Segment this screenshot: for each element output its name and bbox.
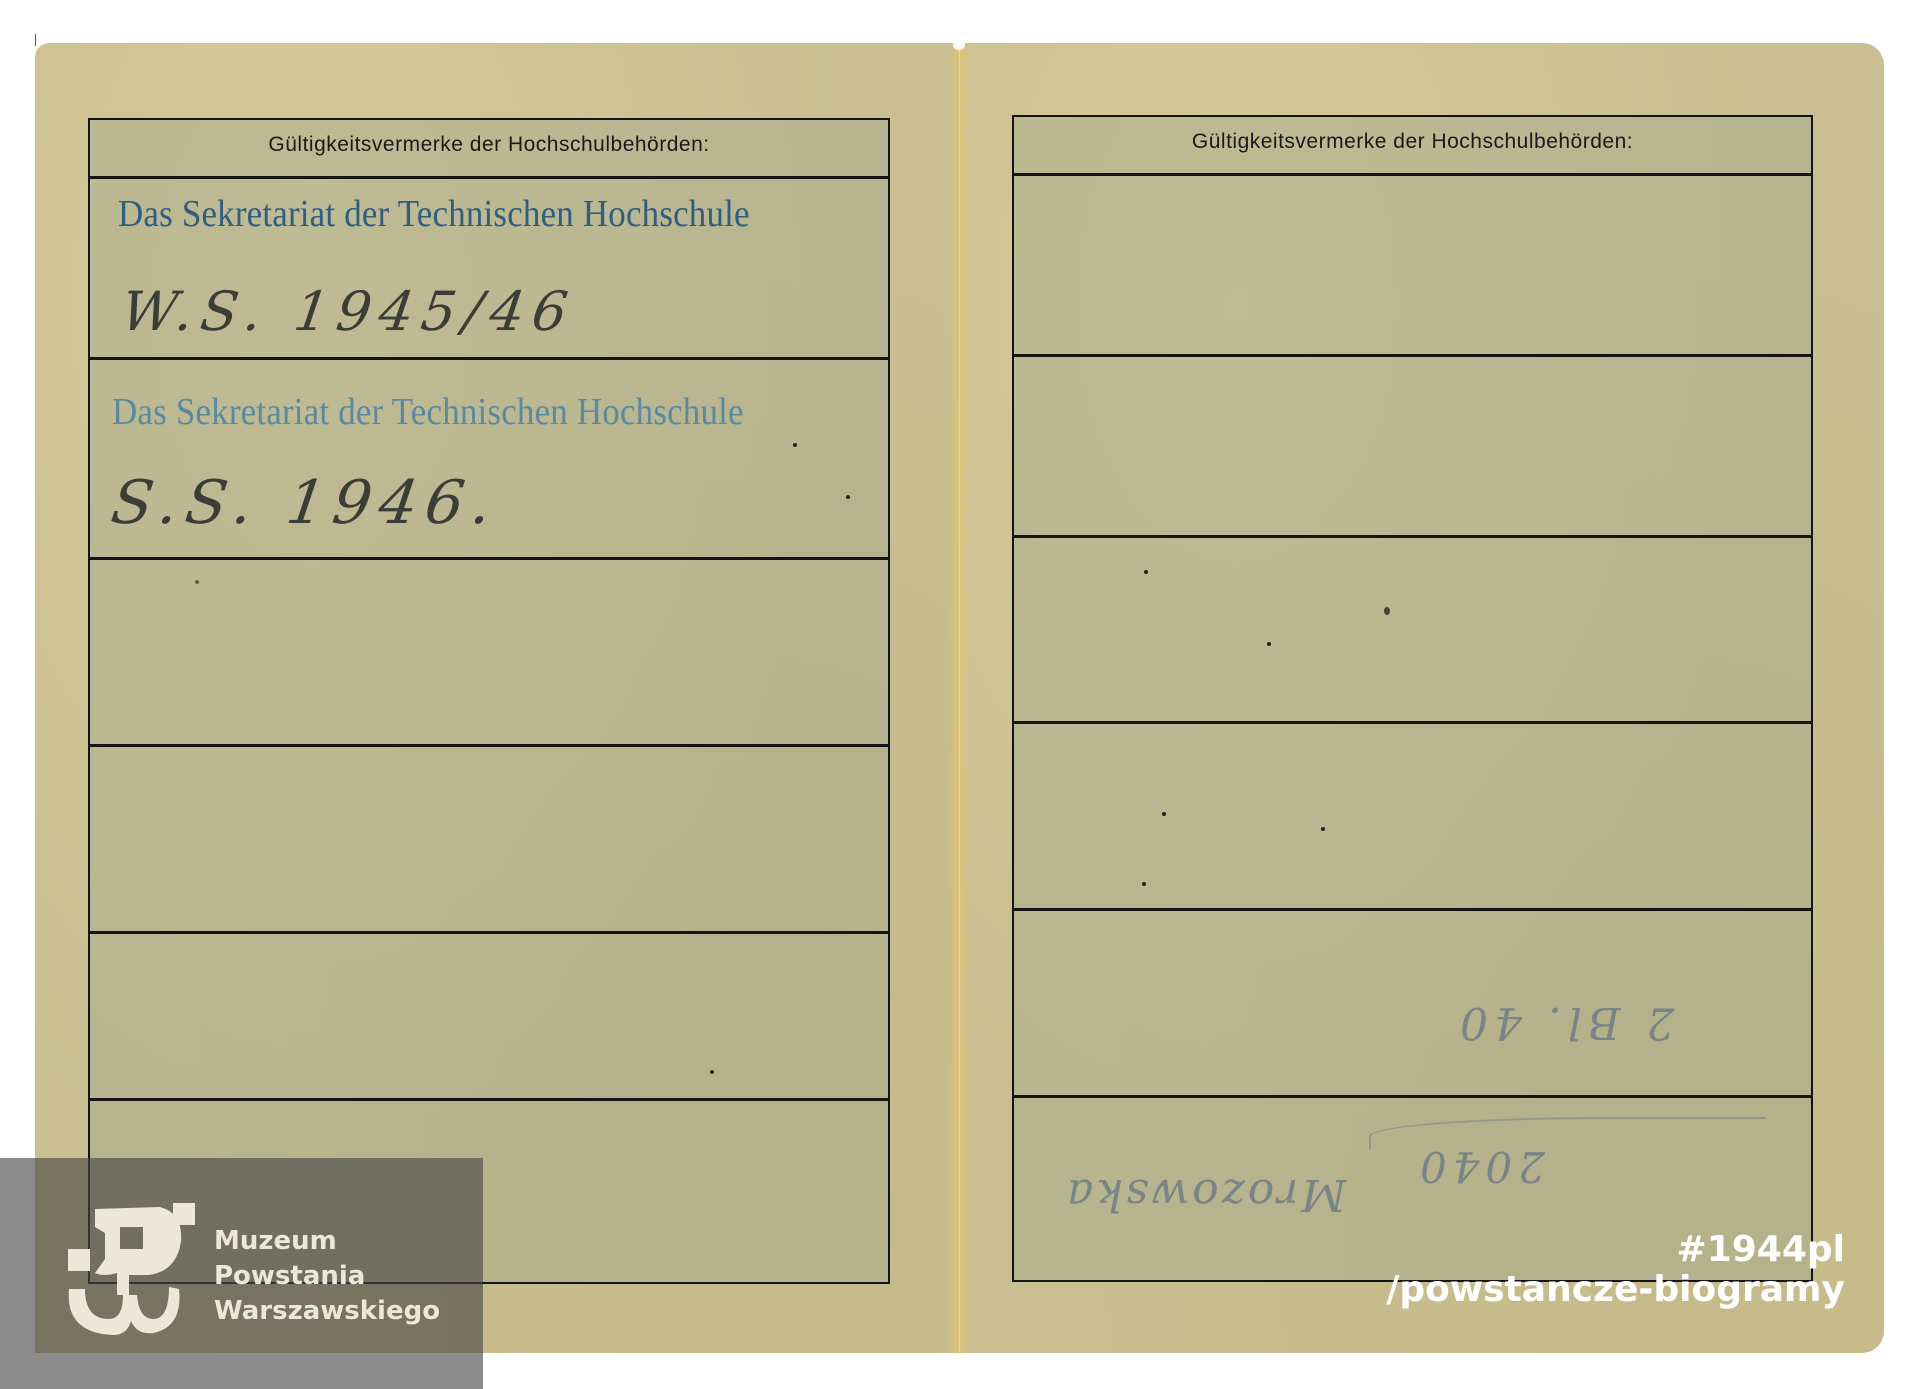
secretariat-stamp: Das Sekretariat der Technischen Hochschu… [112,390,744,434]
scan-edge-mark [35,34,36,46]
paper-speck [1384,607,1390,615]
paper-speck [195,580,199,584]
row-divider [90,176,888,179]
row-divider [1014,354,1811,357]
validity-table-left: Gültigkeitsvermerke der Hochschulbehörde… [88,118,890,1284]
center-fold [948,43,970,1353]
museum-name-line: Muzeum [214,1224,440,1259]
pencil-note: 2 Bl. 40 [1454,997,1674,1048]
row-divider [90,557,888,560]
table-header: Gültigkeitsvermerke der Hochschulbehörde… [90,133,888,157]
row-divider [90,357,888,360]
museum-name-line: Powstania [214,1259,440,1294]
biography-path-label: /powstancze-biogramy [1386,1270,1845,1310]
paper-speck [710,1070,714,1074]
row-divider [1014,908,1811,911]
handwritten-semester: S.S. 1946. [107,468,504,538]
paper-speck [793,443,797,447]
kotwica-anchor-icon [65,1203,195,1337]
fold-notch [953,40,965,50]
row-divider [1014,1095,1811,1098]
validity-table-right: Gültigkeitsvermerke der Hochschulbehörde… [1012,115,1813,1282]
museum-name: Muzeum Powstania Warszawskiego [214,1224,440,1329]
row-divider [90,931,888,934]
paper-speck [1142,882,1146,886]
paper-speck [1321,827,1325,831]
pencil-note: 2040 [1414,1142,1545,1191]
paper-speck [1144,570,1148,574]
paper-speck [1267,642,1271,646]
table-header: Gültigkeitsvermerke der Hochschulbehörde… [1014,130,1811,154]
row-divider [90,744,888,747]
row-divider [1014,535,1811,538]
row-divider [1014,173,1811,176]
handwritten-semester: W.S. 1945/46 [118,280,580,343]
museum-name-line: Warszawskiego [214,1294,440,1329]
paper-speck [1162,812,1166,816]
paper-speck [846,495,850,499]
pencil-note: Mrozowska [1064,1169,1346,1220]
row-divider [90,1098,888,1101]
row-divider [1014,721,1811,724]
hashtag-label: #1944pl [1677,1230,1845,1270]
secretariat-stamp: Das Sekretariat der Technischen Hochschu… [118,192,750,236]
